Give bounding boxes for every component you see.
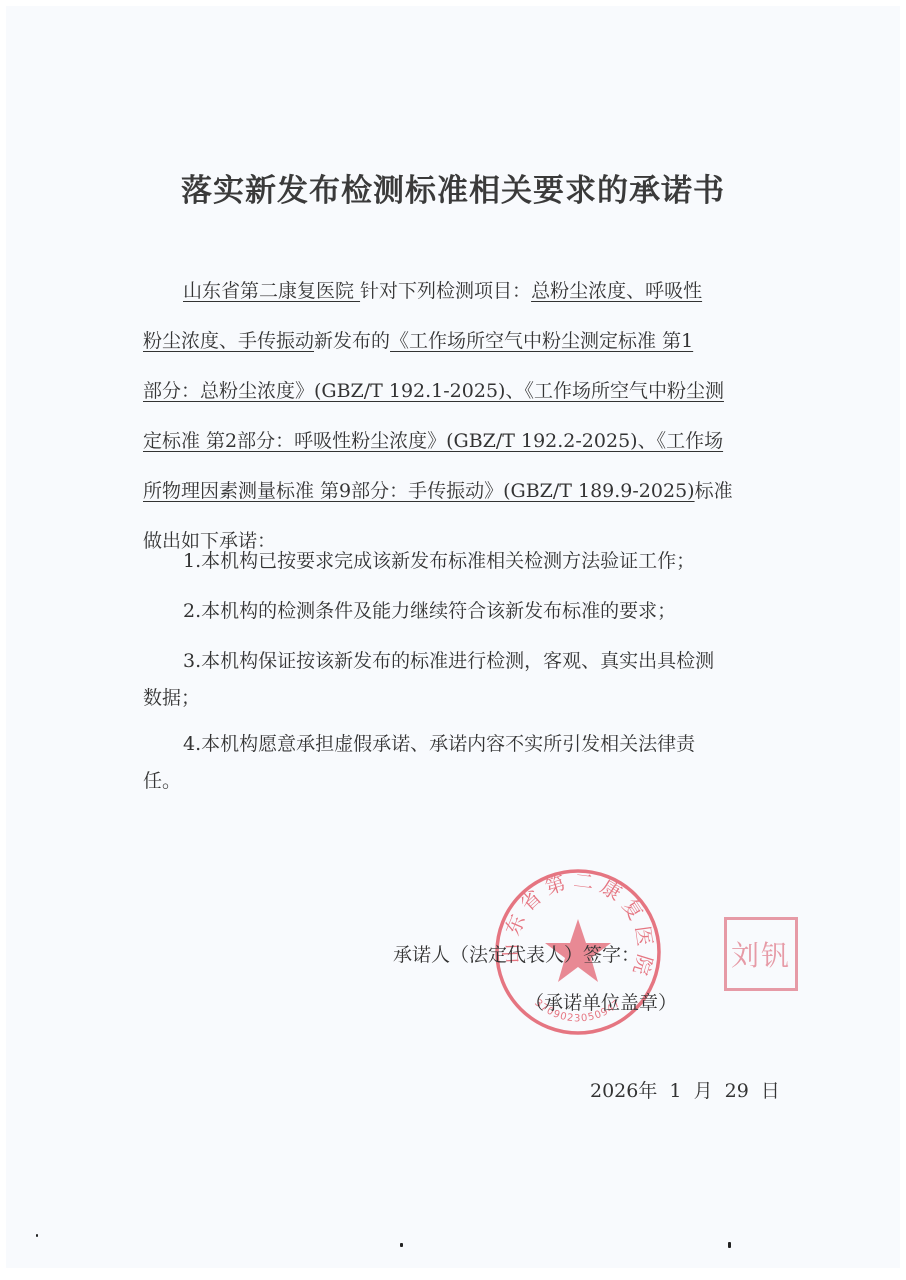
- seal-label: （承诺单位盖章）: [525, 988, 677, 1015]
- document-title: 落实新发布检测标准相关要求的承诺书: [0, 165, 906, 210]
- intro-text: 新发布的: [314, 330, 390, 352]
- underlined-fill-text: 粉尘浓度、手传振动: [143, 330, 314, 352]
- intro-line: 所物理因素测量标准 第9部分：手传振动》(GBZ/T 189.9-2025)标准: [143, 473, 783, 510]
- intro-paragraph: 山东省第二康复医院 针对下列检测项目：总粉尘浓度、呼吸性粉尘浓度、手传振动新发布…: [143, 273, 783, 573]
- intro-line: 山东省第二康复医院 针对下列检测项目：总粉尘浓度、呼吸性: [143, 273, 783, 310]
- scan-speck: [728, 1242, 731, 1248]
- commitment-item-2: 2.本机构的检测条件及能力继续符合该新发布标准的要求；: [143, 593, 783, 630]
- intro-line: 粉尘浓度、手传振动新发布的《工作场所空气中粉尘测定标准 第1: [143, 323, 783, 360]
- underlined-fill-text: 山东省第二康复医院: [183, 280, 360, 302]
- underlined-fill-text: 部分：总粉尘浓度》(GBZ/T 192.1-2025)、《工作场所空气中粉尘测: [143, 380, 724, 402]
- intro-line: 定标准 第2部分：呼吸性粉尘浓度》(GBZ/T 192.2-2025)、《工作场: [143, 423, 783, 460]
- personal-name-seal: 刘钒: [724, 917, 798, 991]
- intro-text: 标准: [695, 480, 733, 502]
- commitment-item-3: 3.本机构保证按该新发布的标准进行检测，客观、真实出具检测: [143, 643, 783, 680]
- underlined-fill-text: 《工作场所空气中粉尘测定标准 第1: [390, 330, 693, 352]
- underlined-fill-text: 所物理因素测量标准 第9部分：手传振动》(GBZ/T 189.9-2025): [143, 480, 695, 502]
- signing-date: 2026年 1 月 29 日: [590, 1076, 780, 1103]
- commitment-list: 1.本机构已按要求完成该新发布标准相关检测方法验证工作； 2.本机构的检测条件及…: [143, 543, 783, 717]
- commitment-item-3-cont: 数据；: [143, 680, 783, 717]
- intro-line: 部分：总粉尘浓度》(GBZ/T 192.1-2025)、《工作场所空气中粉尘测: [143, 373, 783, 410]
- commitment-item-1: 1.本机构已按要求完成该新发布标准相关检测方法验证工作；: [143, 543, 783, 580]
- signer-label: 承诺人（法定代表人）签字：: [393, 940, 640, 967]
- intro-text: 针对下列检测项目：: [360, 280, 531, 302]
- commitment-item-4: 4.本机构愿意承担虚假承诺、承诺内容不实所引发相关法律责: [143, 726, 783, 763]
- commitment-item-4-block: 4.本机构愿意承担虚假承诺、承诺内容不实所引发相关法律责 任。: [143, 726, 783, 800]
- underlined-fill-text: 定标准 第2部分：呼吸性粉尘浓度》(GBZ/T 192.2-2025)、《工作场: [143, 430, 723, 452]
- scan-speck: [36, 1234, 38, 1237]
- scan-speck: [400, 1243, 403, 1247]
- commitment-item-4-cont: 任。: [143, 763, 783, 800]
- underlined-fill-text: 总粉尘浓度、呼吸性: [531, 280, 702, 302]
